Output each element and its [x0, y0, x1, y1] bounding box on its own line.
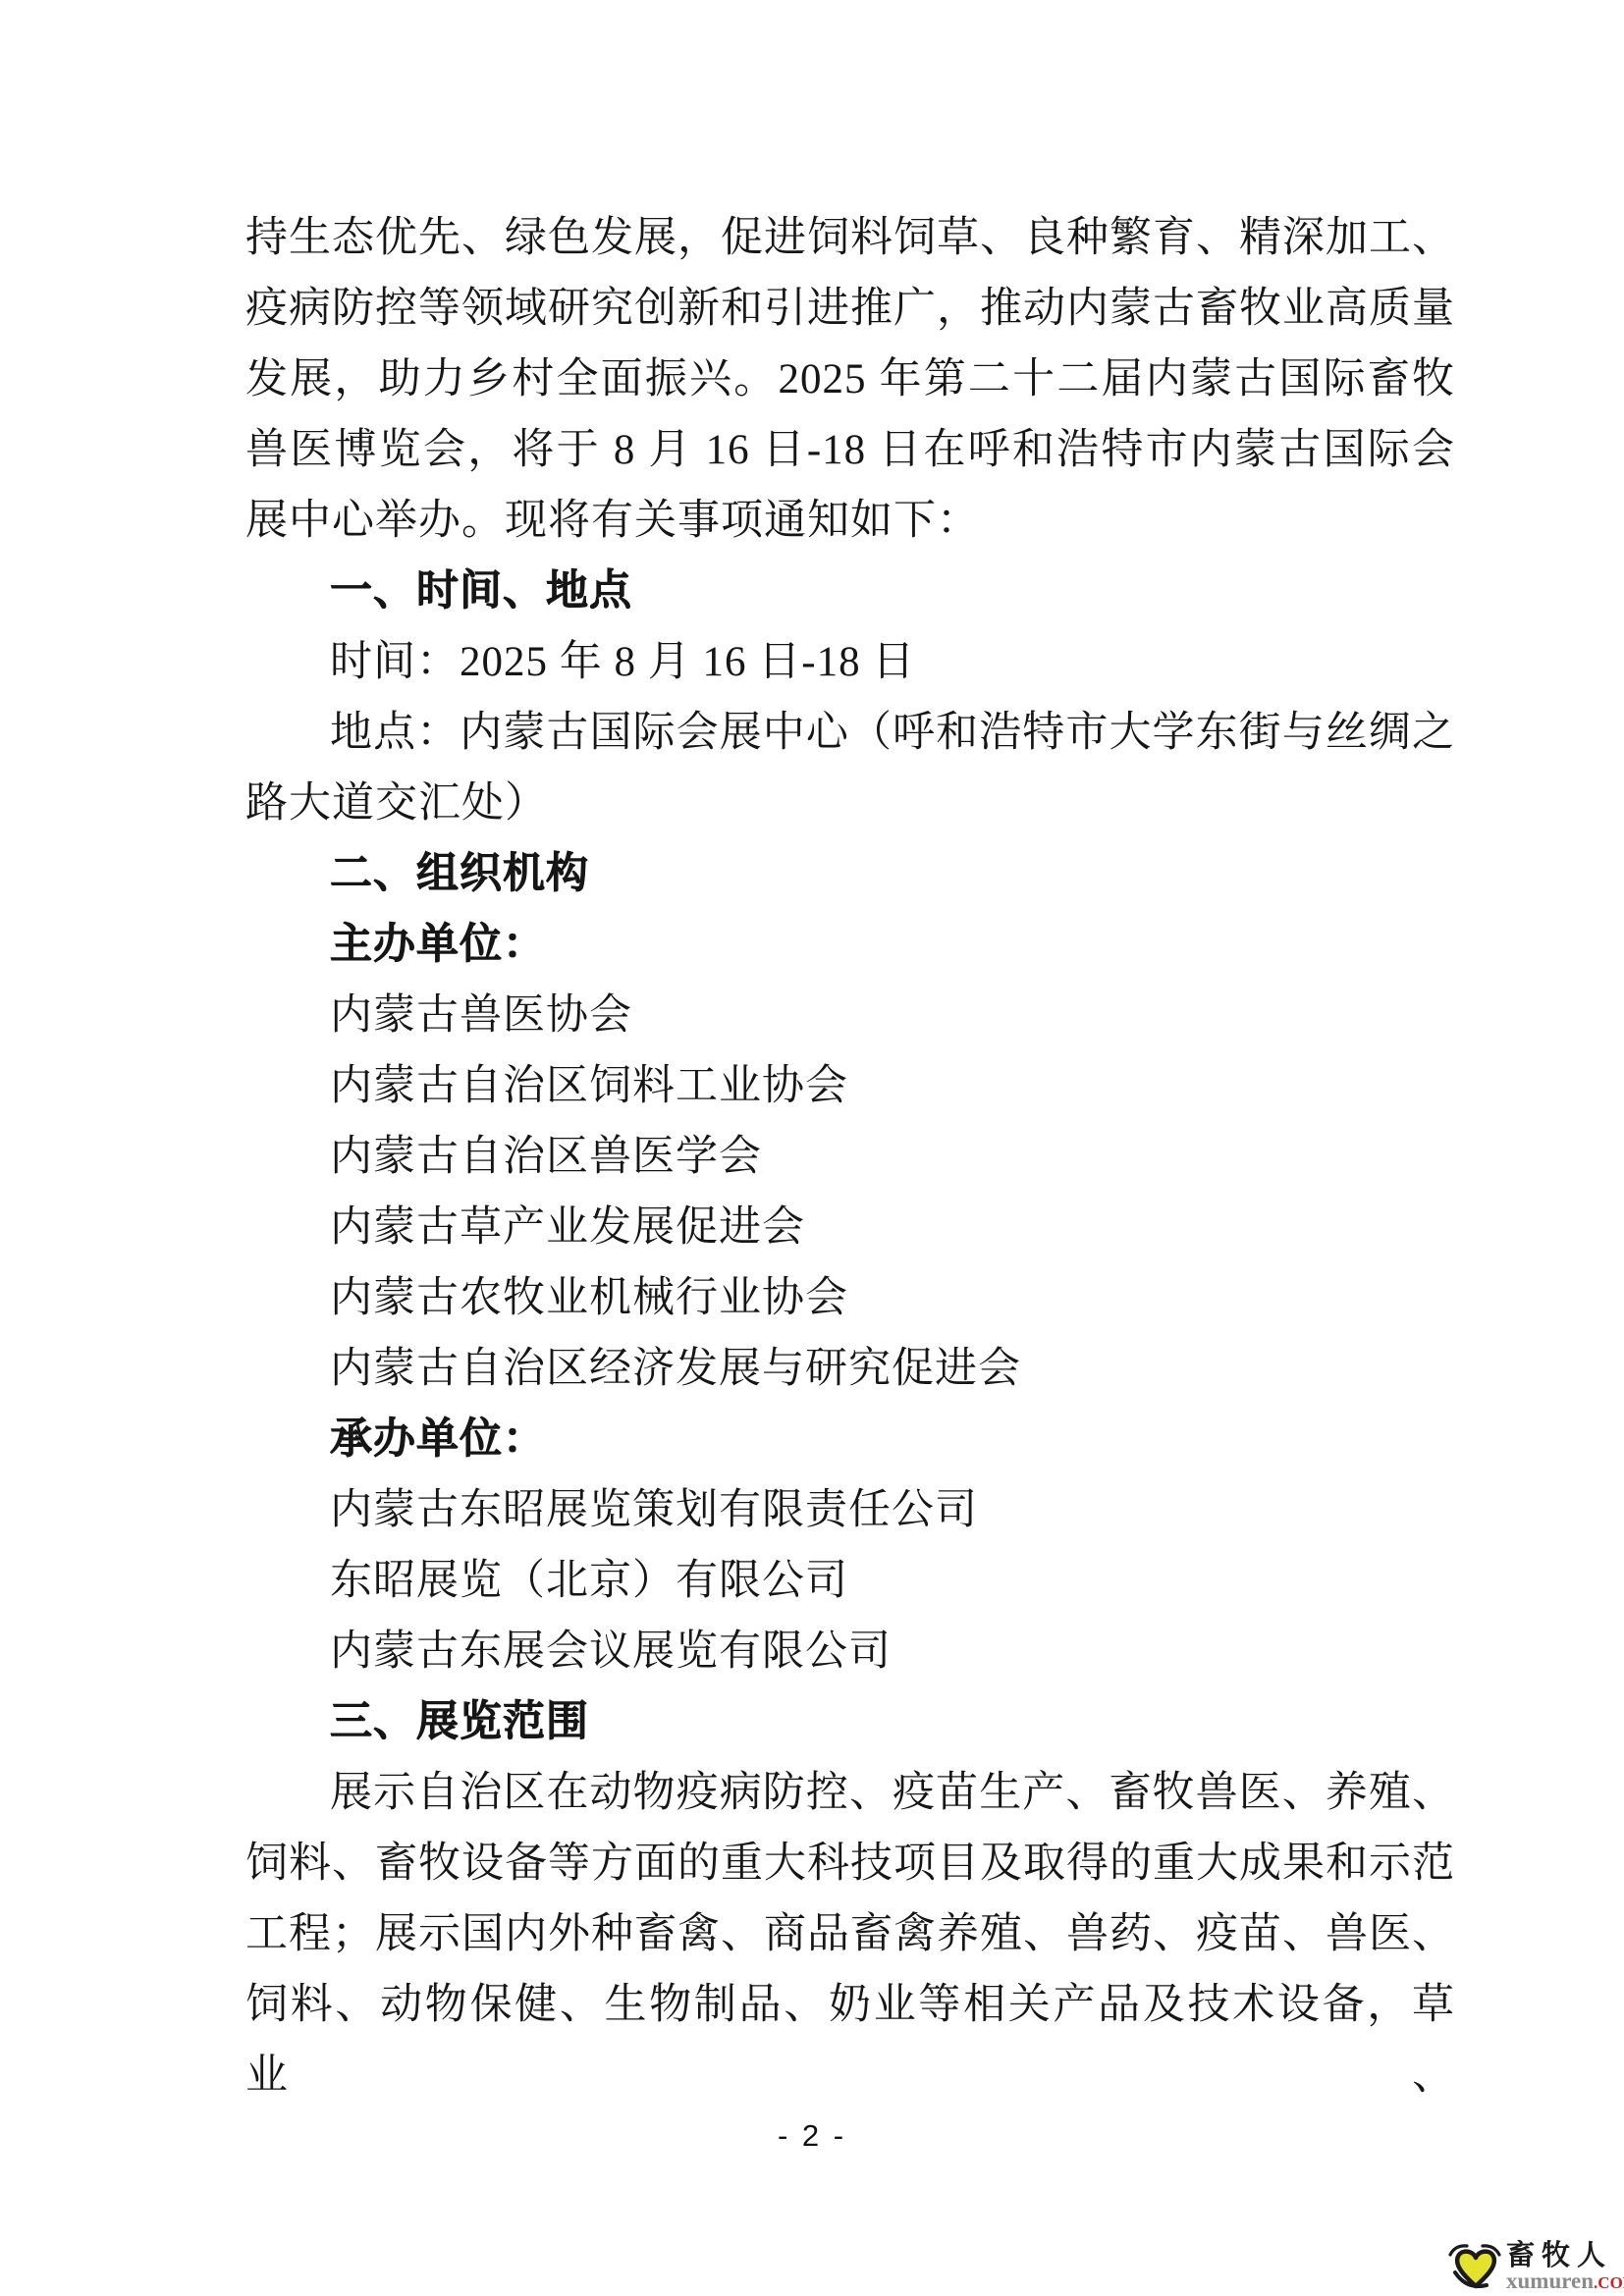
document-body: 持生态优先、绿色发展，促进饲料饲草、良种繁育、精深加工、 疫病防控等领域研究创新… — [245, 203, 1455, 2041]
text-line-org: 内蒙古农牧业机械行业协会 — [245, 1263, 1455, 1334]
text-line: 路大道交汇处） — [245, 769, 1455, 839]
text-line: 疫病防控等领域研究创新和引进推广，推动内蒙古畜牧业高质量 — [245, 274, 1455, 345]
logo-brand-en: xumuren.COM — [1506, 2270, 1624, 2294]
text-line: 发展，助力乡村全面振兴。2025 年第二十二届内蒙古国际畜牧 — [245, 345, 1455, 415]
section-heading-time-location: 一、时间、地点 — [245, 557, 1455, 627]
section-heading-organization: 二、组织机构 — [245, 839, 1455, 910]
text-line-org: 内蒙古自治区经济发展与研究促进会 — [245, 1334, 1455, 1405]
text-line: 展示自治区在动物疫病防控、疫苗生产、畜牧兽医、养殖、 — [245, 1758, 1455, 1829]
text-line-location: 地点：内蒙古国际会展中心（呼和浩特市大学东街与丝绸之 — [245, 698, 1455, 769]
text-line-org: 东昭展览（北京）有限公司 — [245, 1546, 1455, 1617]
text-line: 持生态优先、绿色发展，促进饲料饲草、良种繁育、精深加工、 — [245, 203, 1455, 274]
subheading-host-units: 主办单位： — [245, 910, 1455, 981]
document-page: 持生态优先、绿色发展，促进饲料饲草、良种繁育、精深加工、 疫病防控等领域研究创新… — [0, 0, 1624, 2296]
text-line-time: 时间：2025 年 8 月 16 日-18 日 — [245, 627, 1455, 698]
text-line-org: 内蒙古东昭展览策划有限责任公司 — [245, 1475, 1455, 1546]
logo-brand-cn: 畜牧人 — [1506, 2241, 1624, 2270]
heart-icon — [1447, 2239, 1504, 2292]
logo-text: 畜牧人 xumuren.COM — [1506, 2241, 1624, 2294]
text-line: 工程；展示国内外种畜禽、商品畜禽养殖、兽药、疫苗、兽医、 — [245, 1899, 1455, 1970]
text-line-org: 内蒙古兽医协会 — [245, 981, 1455, 1051]
page-number: - 2 - — [0, 2118, 1624, 2154]
text-line-org: 内蒙古草产业发展促进会 — [245, 1193, 1455, 1263]
text-line: 饲料、动物保健、生物制品、奶业等相关产品及技术设备，草业、 — [245, 1970, 1455, 2041]
logo-brand-en-name: xumuren — [1506, 2269, 1594, 2293]
subheading-organizer-units: 承办单位： — [245, 1405, 1455, 1475]
text-line: 兽医博览会，将于 8 月 16 日-18 日在呼和浩特市内蒙古国际会 — [245, 415, 1455, 486]
section-heading-exhibition-scope: 三、展览范围 — [245, 1687, 1455, 1758]
text-line-org: 内蒙古自治区兽医学会 — [245, 1122, 1455, 1193]
text-line: 饲料、畜牧设备等方面的重大科技项目及取得的重大成果和示范 — [245, 1829, 1455, 1899]
logo-brand-tld: .COM — [1594, 2273, 1624, 2292]
text-line: 展中心举办。现将有关事项通知如下： — [245, 486, 1455, 557]
text-line-org: 内蒙古东展会议展览有限公司 — [245, 1617, 1455, 1687]
site-logo: 畜牧人 xumuren.COM — [1447, 2239, 1620, 2292]
text-line-org: 内蒙古自治区饲料工业协会 — [245, 1051, 1455, 1122]
